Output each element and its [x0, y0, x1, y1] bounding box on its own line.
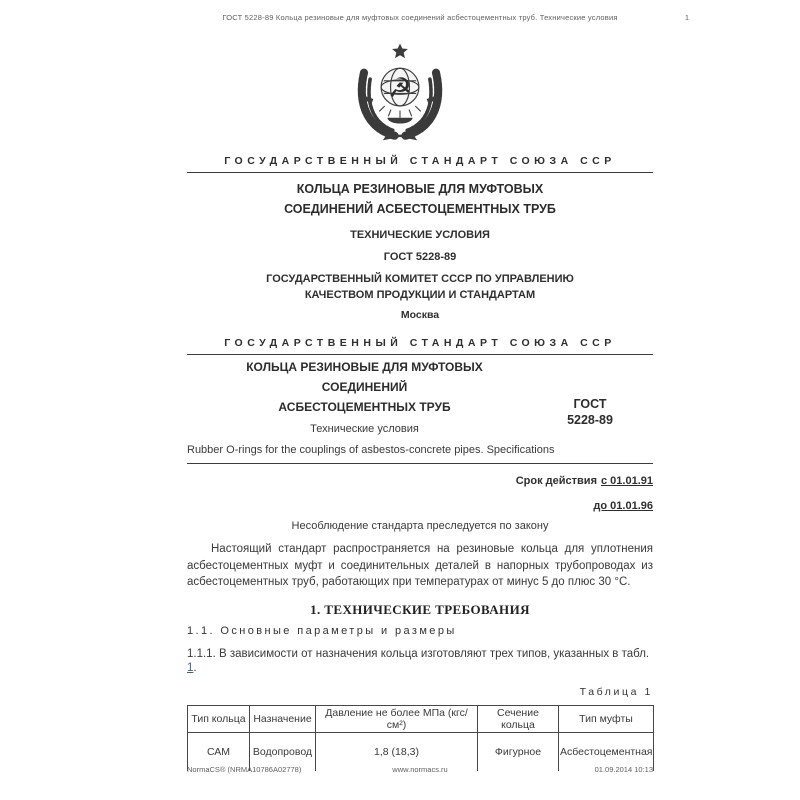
svg-text:☭: ☭ [388, 73, 412, 104]
standard-code-line2: 5228-89 [545, 412, 635, 428]
standard-title-line3: АСБЕСТОЦЕМЕНТНЫХ ТРУБ [187, 400, 542, 415]
standard-subtitle: Технические условия [187, 423, 542, 436]
standard-title-left: КОЛЬЦА РЕЗИНОВЫЕ ДЛЯ МУФТОВЫХ СОЕДИНЕНИЙ… [187, 360, 542, 436]
law-notice: Несоблюдение стандарта преследуется по з… [187, 520, 653, 533]
document-body: ГОСУДАРСТВЕННЫЙ СТАНДАРТ СОЮЗА ССР КОЛЬЦ… [187, 152, 653, 771]
validity-from-label: Срок действия [516, 475, 597, 487]
intro-paragraph: Настоящий стандарт распространяется на р… [187, 541, 653, 591]
footer-url: www.normacs.ru [187, 765, 653, 774]
column-header-ring-type: Тип кольца [188, 706, 250, 733]
document-title-line2: СОЕДИНЕНИЙ АСБЕСТОЦЕМЕНТНЫХ ТРУБ [187, 202, 653, 217]
standard-code-block: ГОСТ 5228-89 [545, 396, 635, 428]
column-header-purpose: Назначение [250, 706, 316, 733]
validity-from-date: с 01.01.91 [601, 475, 653, 487]
ussr-coat-of-arms-icon: ☭ [0, 42, 800, 148]
table-caption: Таблица 1 [187, 686, 653, 699]
validity-to-date: до 01.01.96 [593, 500, 653, 512]
clause-text: 1.1.1. В зависимости от назначения кольц… [187, 648, 649, 660]
ring-types-table: Тип кольца Назначение Давление не более … [187, 705, 654, 771]
validity-to-line: до 01.01.96 [187, 500, 653, 513]
column-header-section: Сечение кольца [478, 706, 559, 733]
standard-title-block: КОЛЬЦА РЕЗИНОВЫЕ ДЛЯ МУФТОВЫХ СОЕДИНЕНИЙ… [187, 360, 653, 436]
standard-title-line1: КОЛЬЦА РЕЗИНОВЫЕ ДЛЯ МУФТОВЫХ [187, 360, 542, 375]
state-standard-heading: ГОСУДАРСТВЕННЫЙ СТАНДАРТ СОЮЗА ССР [187, 152, 653, 173]
section-heading: 1. ТЕХНИЧЕСКИЕ ТРЕБОВАНИЯ [187, 603, 653, 618]
committee-line1: ГОСУДАРСТВЕННЫЙ КОМИТЕТ СССР ПО УПРАВЛЕН… [187, 273, 653, 286]
document-subtitle: ТЕХНИЧЕСКИЕ УСЛОВИЯ [187, 229, 653, 242]
header-page-number: 1 [672, 13, 702, 22]
state-standard-heading-repeat: ГОСУДАРСТВЕННЫЙ СТАНДАРТ СОЮЗА ССР [187, 334, 653, 355]
table-header-row: Тип кольца Назначение Давление не более … [188, 706, 654, 733]
committee-line2: КАЧЕСТВОМ ПРОДУКЦИИ И СТАНДАРТАМ [187, 289, 653, 302]
header-title: ГОСТ 5228-89 Кольца резиновые для муфтов… [187, 13, 653, 22]
column-header-pressure: Давление не более МПа (кгс/см²) [316, 706, 478, 733]
clause-1-1-1: 1.1.1. В зависимости от назначения кольц… [187, 648, 653, 675]
clause-text-end: . [193, 662, 196, 674]
standard-title-line2: СОЕДИНЕНИЙ [187, 380, 542, 395]
subsection-heading: 1.1. Основные параметры и размеры [187, 625, 653, 638]
document-page: ГОСТ 5228-89 Кольца резиновые для муфтов… [0, 0, 800, 800]
footer-timestamp: 01.09.2014 10:13 [595, 765, 653, 774]
document-number: ГОСТ 5228-89 [187, 251, 653, 264]
column-header-coupling-type: Тип муфты [559, 706, 654, 733]
city-label: Москва [187, 309, 653, 322]
document-title-line1: КОЛЬЦА РЕЗИНОВЫЕ ДЛЯ МУФТОВЫХ [187, 182, 653, 197]
validity-from-line: Срок действияс 01.01.91 [187, 475, 653, 488]
english-title: Rubber O-rings for the couplings of asbe… [187, 444, 653, 464]
standard-code-line1: ГОСТ [545, 396, 635, 412]
